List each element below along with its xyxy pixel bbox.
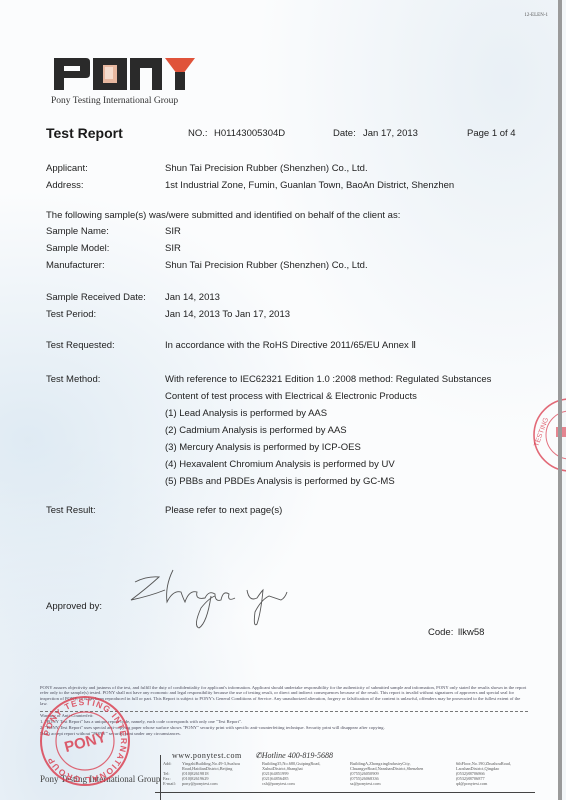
row-label-email: E-mail:: [163, 781, 176, 786]
test-method-label: Test Method:: [46, 374, 100, 385]
office-shanghai: Building35,No.680,GuipingRoad, XuhuiDist…: [262, 761, 321, 786]
test-method-line: (4) Hexavalent Chromium Analysis is perf…: [165, 459, 395, 470]
test-result-label: Test Result:: [46, 505, 96, 516]
office-qingdao: 6thFloor,No.190,ZhuzhouRoad, LaoshanDist…: [456, 761, 511, 786]
applicant-label: Applicant:: [46, 163, 88, 174]
sample-intro: The following sample(s) was/were submitt…: [46, 210, 400, 221]
received-date-label: Sample Received Date:: [46, 292, 146, 303]
sample-name-label: Sample Name:: [46, 226, 109, 237]
row-label-add: Add:: [163, 761, 172, 766]
footer-horizontal-rule: [155, 792, 535, 793]
sample-model-value: SIR: [165, 243, 181, 254]
phone-icon: ✆: [255, 751, 262, 760]
test-period-label: Test Period:: [46, 309, 96, 320]
test-method-line: (3) Mercury Analysis is performed by ICP…: [165, 442, 361, 453]
manufacturer-value: Shun Tai Precision Rubber (Shenzhen) Co.…: [165, 260, 368, 271]
sample-name-value: SIR: [165, 226, 181, 237]
report-title: Test Report: [46, 125, 123, 141]
test-method-line: (5) PBBs and PBDEs Analysis is performed…: [165, 476, 395, 487]
test-period-value: Jan 14, 2013 To Jan 17, 2013: [165, 309, 290, 320]
footer-vertical-rule: [160, 755, 161, 800]
sample-model-label: Sample Model:: [46, 243, 109, 254]
report-date: Jan 17, 2013: [363, 128, 418, 139]
office-shenzhen: BuildingA,ZhongxingIndustryCity, Chuangy…: [350, 761, 423, 786]
code-value: llkw58: [458, 627, 484, 638]
form-code: 12-ELEN-1: [524, 13, 548, 18]
seal-stamp-bottom: PONY TESTING INTERNATIONAL GROUP PONY: [38, 694, 132, 788]
hotline: ✆Hotline 400-819-5688: [255, 751, 333, 760]
test-method-line: (2) Cadmium Analysis is performed by AAS: [165, 425, 347, 436]
page-edge: [558, 0, 562, 800]
test-requested-value: In accordance with the RoHS Directive 20…: [165, 340, 416, 351]
test-requested-label: Test Requested:: [46, 340, 115, 351]
report-number: H01143005304D: [214, 128, 285, 139]
test-method-line: (1) Lead Analysis is performed by AAS: [165, 408, 327, 419]
approved-by-label: Approved by:: [46, 601, 102, 612]
address-value: 1st Industrial Zone, Fumin, Guanlan Town…: [165, 180, 454, 191]
test-method-line: Content of test process with Electrical …: [165, 391, 417, 402]
report-date-label: Date:: [333, 128, 356, 139]
test-result-value: Please refer to next page(s): [165, 505, 282, 516]
report-number-label: NO.:: [188, 128, 208, 139]
received-date-value: Jan 14, 2013: [165, 292, 220, 303]
applicant-value: Shun Tai Precision Rubber (Shenzhen) Co.…: [165, 163, 368, 174]
code-label: Code:: [428, 627, 453, 638]
page-indicator: Page 1 of 4: [467, 128, 516, 139]
pony-logo: [52, 56, 197, 92]
company-name: Pony Testing International Group: [51, 96, 178, 106]
website-link[interactable]: www.ponytest.com: [172, 751, 242, 760]
test-report-page: 12-ELEN-1 Pony Testing International Gro…: [0, 0, 562, 800]
office-beijing: YingzhiBuilding,No.49-3,Suzhou Road,Haid…: [182, 761, 240, 786]
svg-text:PONY: PONY: [63, 729, 108, 756]
address-label: Address:: [46, 180, 84, 191]
signature: [125, 568, 305, 638]
manufacturer-label: Manufacturer:: [46, 260, 105, 271]
test-method-line: With reference to IEC62321 Edition 1.0 :…: [165, 374, 491, 385]
